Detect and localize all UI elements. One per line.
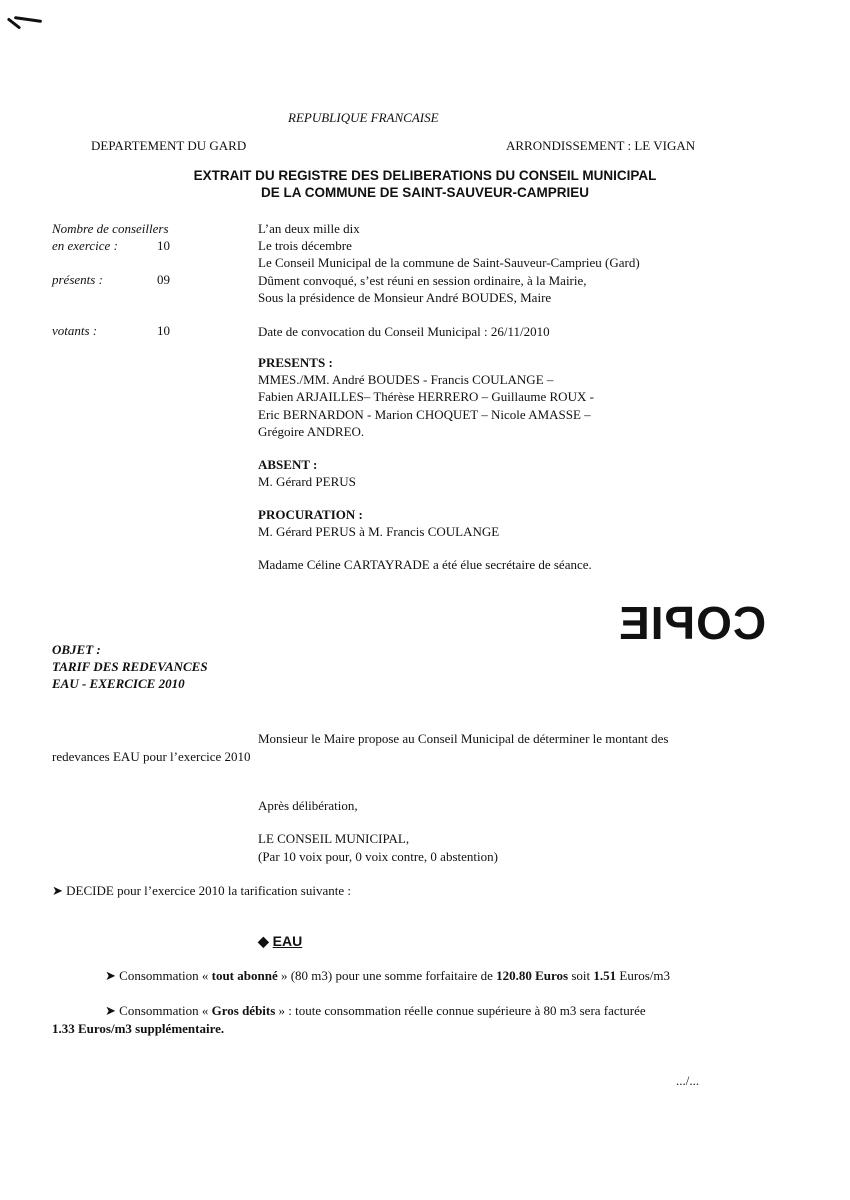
republique-heading: REPUBLIQUE FRANCAISE — [288, 110, 439, 126]
continuation-mark: .../... — [676, 1071, 699, 1090]
absent-heading: ABSENT : — [258, 456, 356, 473]
arrondissement-label: ARRONDISSEMENT : LE VIGAN — [506, 138, 695, 154]
text: Consommation « — [119, 968, 211, 983]
procuration-section: PROCURATION : M. Gérard PERUS à M. Franc… — [258, 506, 499, 540]
copie-stamp: COPIE — [618, 598, 766, 648]
objet-line2: EAU - EXERCICE 2010 — [52, 675, 208, 692]
proposal-line1: Monsieur le Maire propose au Conseil Mun… — [258, 729, 668, 748]
text: Consommation « — [119, 1003, 211, 1018]
presents-section: PRESENTS : MMES./MM. André BOUDES - Fran… — [258, 354, 594, 440]
decide-text: DECIDE pour l’exercice 2010 la tarificat… — [66, 883, 351, 898]
presents-line: Grégoire ANDREO. — [258, 423, 594, 440]
text: » (80 m3) pour une somme forfaitaire de — [278, 968, 496, 983]
procuration-text: M. Gérard PERUS à M. Francis COULANGE — [258, 523, 499, 540]
conseillers-block: Nombre de conseillers en exercice :10 pr… — [52, 220, 170, 339]
absent-names: M. Gérard PERUS — [258, 473, 356, 490]
gros-debits-price: 1.33 Euros/m3 supplémentaire. — [52, 1019, 224, 1038]
eau-heading-text: EAU — [273, 933, 303, 949]
votants-value: 10 — [157, 322, 170, 339]
secretaire-text: Madame Céline CARTAYRADE a été élue secr… — [258, 556, 592, 573]
procuration-heading: PROCURATION : — [258, 506, 499, 523]
diamond-bullet-icon: ◆ — [258, 933, 269, 949]
votants-label: votants : — [52, 322, 157, 339]
presents-heading: PRESENTS : — [258, 354, 594, 371]
text-bold: tout abonné — [212, 968, 278, 983]
objet-line1: TARIF DES REDEVANCES — [52, 658, 208, 675]
en-exercice-label: en exercice : — [52, 237, 157, 254]
arrow-bullet-icon: ➤ — [105, 968, 116, 983]
tarif-item-abonne: ➤ Consommation « tout abonné » (80 m3) p… — [105, 966, 670, 985]
eau-heading: ◆ EAU — [258, 933, 302, 950]
objet-label: OBJET : — [52, 641, 208, 658]
absent-section: ABSENT : M. Gérard PERUS — [258, 456, 356, 490]
vote-result: (Par 10 voix pour, 0 voix contre, 0 abst… — [258, 847, 498, 866]
seance-line: Le Conseil Municipal de la commune de Sa… — [258, 254, 640, 271]
document-title-line1: EXTRAIT DU REGISTRE DES DELIBERATIONS DU… — [0, 167, 850, 184]
presents-label: présents : — [52, 271, 157, 288]
text: » : toute consommation réelle connue sup… — [275, 1003, 645, 1018]
seance-line: Le trois décembre — [258, 237, 640, 254]
seance-block: L’an deux mille dix Le trois décembre Le… — [258, 220, 640, 340]
tarif-item-gros-debits: ➤ Consommation « Gros débits » : toute c… — [105, 1001, 646, 1020]
text: Euros/m3 — [616, 968, 670, 983]
seance-line: L’an deux mille dix — [258, 220, 640, 237]
objet-block: OBJET : TARIF DES REDEVANCES EAU - EXERC… — [52, 641, 208, 692]
apres-deliberation: Après délibération, — [258, 796, 358, 815]
seance-line: Dûment convoqué, s’est réuni en session … — [258, 272, 640, 289]
document-title-line2: DE LA COMMUNE DE SAINT-SAUVEUR-CAMPRIEU — [0, 184, 850, 201]
arrow-bullet-icon: ➤ — [52, 883, 63, 898]
amount-forfait: 120.80 Euros — [496, 968, 568, 983]
decide-line: ➤ DECIDE pour l’exercice 2010 la tarific… — [52, 881, 351, 900]
presents-line: Fabien ARJAILLES– Thérèse HERRERO – Guil… — [258, 388, 594, 405]
proposal-line2: redevances EAU pour l’exercice 2010 — [52, 747, 251, 766]
arrow-bullet-icon: ➤ — [105, 1003, 116, 1018]
conseillers-heading: Nombre de conseillers — [52, 220, 169, 237]
handwritten-mark — [4, 12, 44, 42]
presents-line: Eric BERNARDON - Marion CHOQUET – Nicole… — [258, 406, 594, 423]
conseil-heading: LE CONSEIL MUNICIPAL, — [258, 829, 409, 848]
departement-label: DEPARTEMENT DU GARD — [91, 138, 246, 154]
convocation-date: Date de convocation du Conseil Municipal… — [258, 323, 640, 340]
text: soit — [568, 968, 593, 983]
presents-line: MMES./MM. André BOUDES - Francis COULANG… — [258, 371, 594, 388]
en-exercice-value: 10 — [157, 237, 170, 254]
unit-price: 1.51 — [593, 968, 616, 983]
text-bold: Gros débits — [212, 1003, 276, 1018]
presents-value: 09 — [157, 271, 170, 288]
seance-line: Sous la présidence de Monsieur André BOU… — [258, 289, 640, 306]
